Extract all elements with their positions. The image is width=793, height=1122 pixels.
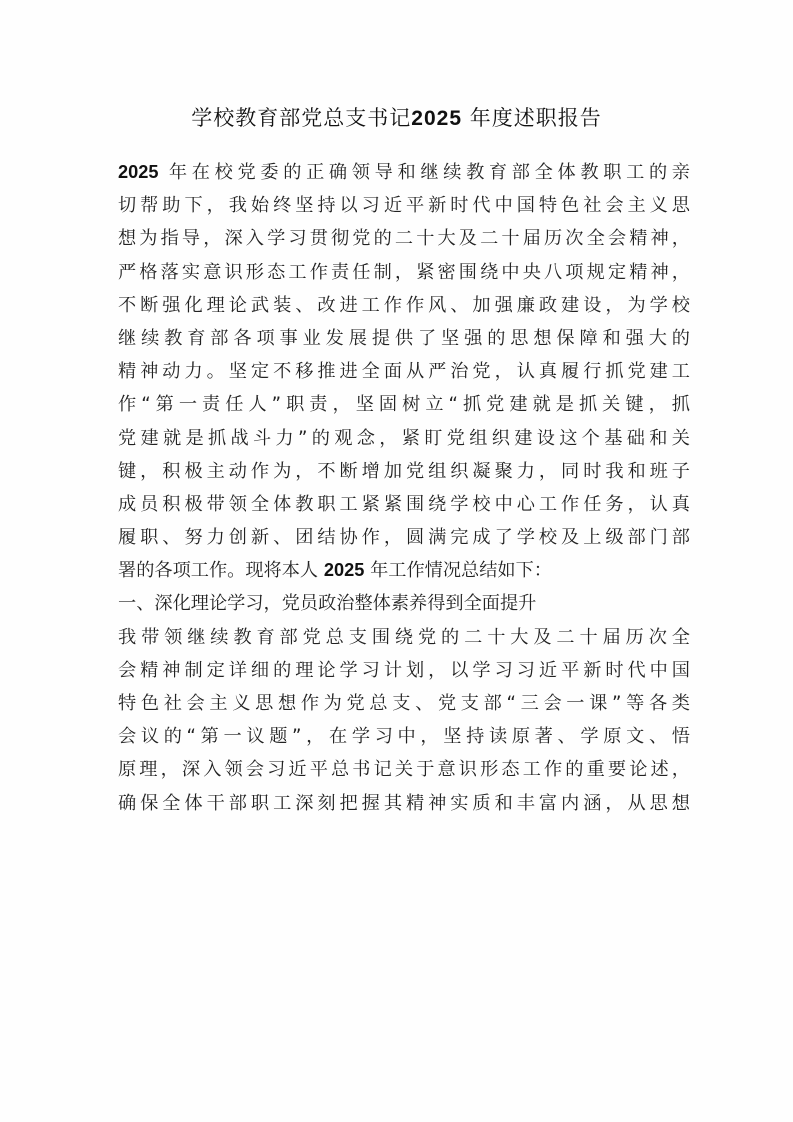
- title-year: 2025: [411, 107, 462, 130]
- line-text: 署的各项工作。现将本人: [118, 560, 324, 581]
- document-title: 学校教育部党总支书记2025 年度述职报告: [0, 102, 793, 135]
- section-heading: 一、深化理论学习，党员政治整体素养得到全面提升: [118, 587, 690, 620]
- body-line: 作“第一责任人”职责，坚固树立“抓党建就是抓关键，抓: [118, 388, 690, 421]
- line-text: 想为指导，深入学习贯彻党的二十大及二十届历次全会精神，: [118, 228, 690, 249]
- body-line: 键，积极主动作为，不断增加党组织凝聚力，同时我和班子: [118, 455, 690, 488]
- line-text: 年工作情况总结如下：: [364, 560, 552, 581]
- title-prefix: 学校教育部党总支书记: [191, 106, 411, 130]
- body-line: 履职、努力创新、团结协作，圆满完成了学校及上级部门部: [118, 521, 690, 554]
- line-text: 确保全体干部职工深刻把握其精神实质和丰富内涵，从思想: [118, 793, 690, 814]
- line-text: 不断强化理论武装、改进工作作风、加强廉政建设，为学校: [118, 295, 690, 316]
- body-line: 会精神制定详细的理论学习计划，以学习习近平新时代中国: [118, 654, 690, 687]
- line-text: 年在校党委的正确领导和继续教育部全体教职工的亲: [158, 162, 690, 183]
- line-text: 继续教育部各项事业发展提供了坚强的思想保障和强大的: [118, 328, 690, 349]
- body-line: 精神动力。坚定不移推进全面从严治党，认真履行抓党建工: [118, 355, 690, 388]
- body-line: 2025 年在校党委的正确领导和继续教育部全体教职工的亲: [118, 156, 690, 189]
- body-line: 严格落实意识形态工作责任制，紧密围绕中央八项规定精神，: [118, 256, 690, 289]
- line-text: 履职、努力创新、团结协作，圆满完成了学校及上级部门部: [118, 527, 690, 548]
- body-line: 原理，深入领会习近平总书记关于意识形态工作的重要论述，: [118, 753, 690, 786]
- body-line: 确保全体干部职工深刻把握其精神实质和丰富内涵，从思想: [118, 787, 690, 820]
- body-line: 不断强化理论武装、改进工作作风、加强廉政建设，为学校: [118, 289, 690, 322]
- title-suffix: 年度述职报告: [470, 106, 602, 130]
- line-text: 会精神制定详细的理论学习计划，以学习习近平新时代中国: [118, 660, 690, 681]
- body-line: 我带领继续教育部党总支围绕党的二十大及二十届历次全: [118, 621, 690, 654]
- line-text: 我带领继续教育部党总支围绕党的二十大及二十届历次全: [118, 627, 690, 648]
- year-number: 2025: [118, 162, 158, 182]
- body-line: 会议的“第一议题”，在学习中，坚持读原著、学原文、悟: [118, 720, 690, 753]
- year-number: 2025: [324, 560, 364, 580]
- line-text: 特色社会主义思想作为党总支、党支部“三会一课”等各类: [118, 693, 690, 714]
- body-line: 特色社会主义思想作为党总支、党支部“三会一课”等各类: [118, 687, 690, 720]
- body-line: 继续教育部各项事业发展提供了坚强的思想保障和强大的: [118, 322, 690, 355]
- body-line: 想为指导，深入学习贯彻党的二十大及二十届历次全会精神，: [118, 222, 690, 255]
- document-page: 学校教育部党总支书记2025 年度述职报告 2025 年在校党委的正确领导和继续…: [0, 0, 793, 1122]
- line-text: 成员积极带领全体教职工紧紧围绕学校中心工作任务，认真: [118, 494, 690, 515]
- line-text: 键，积极主动作为，不断增加党组织凝聚力，同时我和班子: [118, 461, 690, 482]
- line-text: 严格落实意识形态工作责任制，紧密围绕中央八项规定精神，: [118, 262, 690, 283]
- line-text: 切帮助下，我始终坚持以习近平新时代中国特色社会主义思: [118, 195, 690, 216]
- body-line: 署的各项工作。现将本人 2025 年工作情况总结如下：: [118, 554, 690, 587]
- line-text: 精神动力。坚定不移推进全面从严治党，认真履行抓党建工: [118, 361, 690, 382]
- body-line: 切帮助下，我始终坚持以习近平新时代中国特色社会主义思: [118, 189, 690, 222]
- line-text: 作“第一责任人”职责，坚固树立“抓党建就是抓关键，抓: [118, 394, 690, 415]
- document-body: 2025 年在校党委的正确领导和继续教育部全体教职工的亲 切帮助下，我始终坚持以…: [118, 156, 690, 820]
- line-text: 党建就是抓战斗力”的观念，紧盯党组织建设这个基础和关: [118, 428, 690, 449]
- line-text: 会议的“第一议题”，在学习中，坚持读原著、学原文、悟: [118, 726, 690, 747]
- line-text: 原理，深入领会习近平总书记关于意识形态工作的重要论述，: [118, 759, 690, 780]
- body-line: 党建就是抓战斗力”的观念，紧盯党组织建设这个基础和关: [118, 422, 690, 455]
- section-heading-text: 一、深化理论学习，党员政治整体素养得到全面提升: [118, 593, 536, 614]
- body-line: 成员积极带领全体教职工紧紧围绕学校中心工作任务，认真: [118, 488, 690, 521]
